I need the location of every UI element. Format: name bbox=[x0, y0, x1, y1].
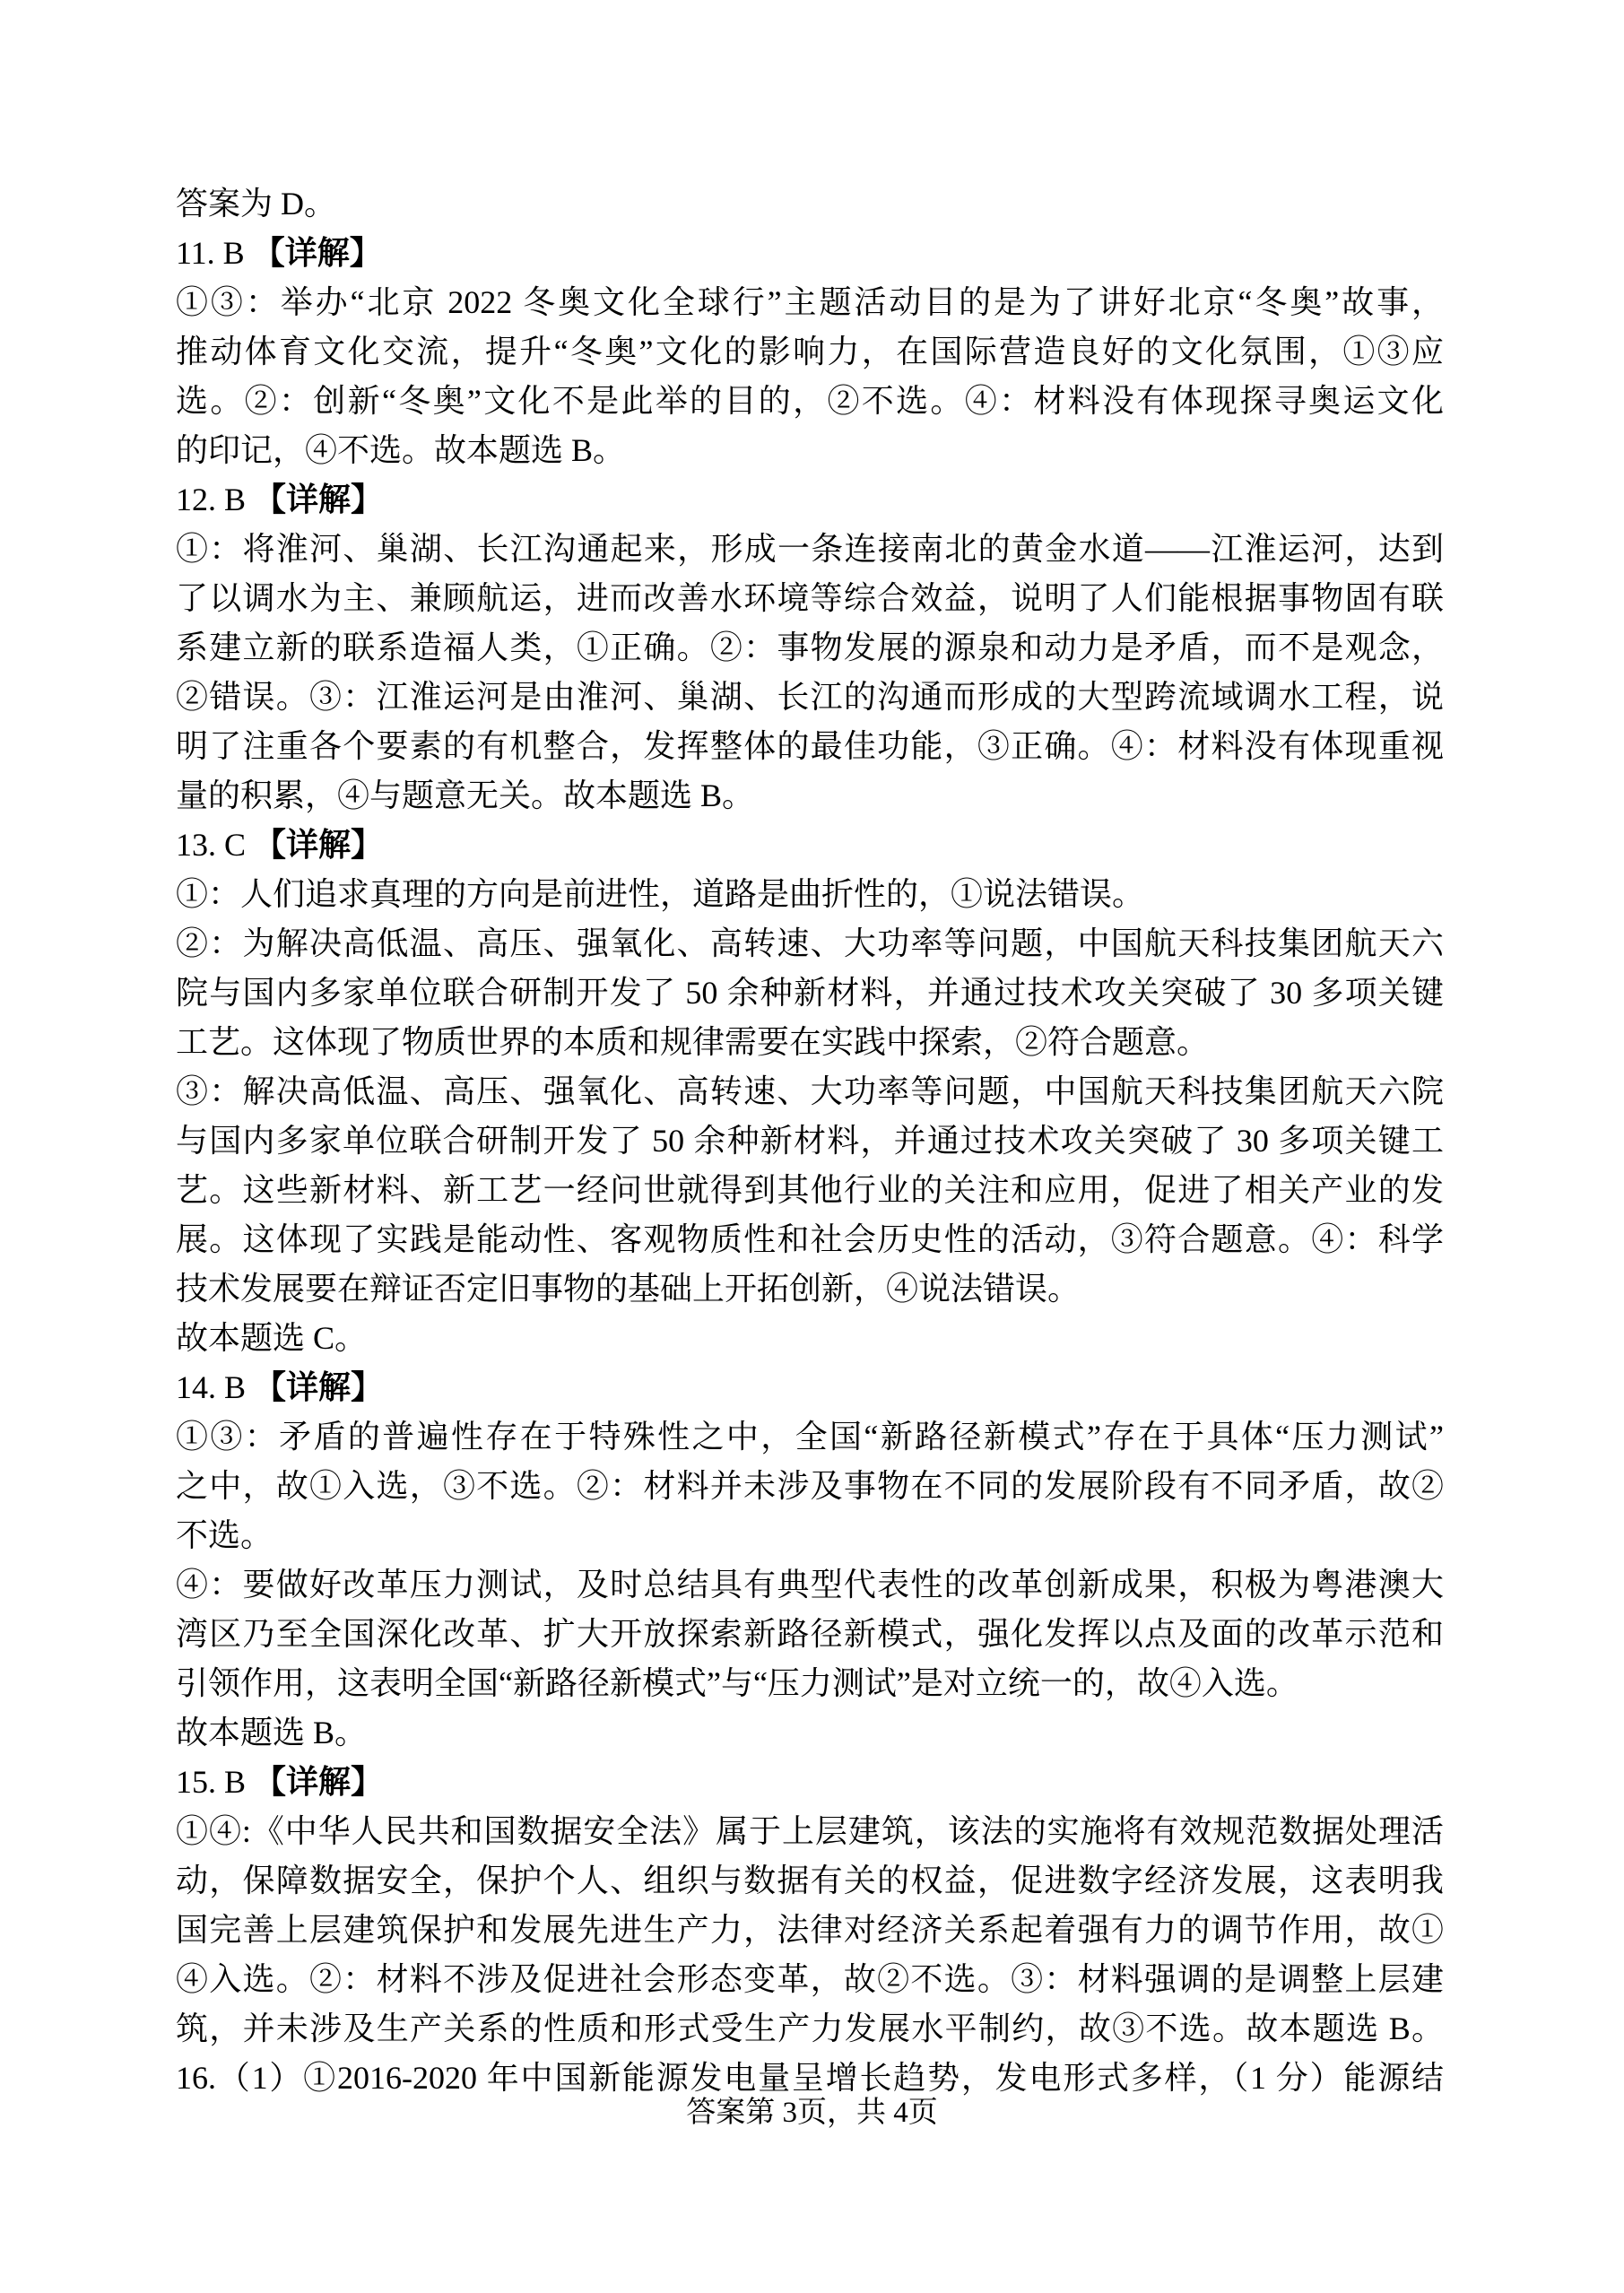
detail-marker: 【详解】 bbox=[254, 482, 383, 517]
text-line: ①③：举办“北京 2022 冬奥文化全球行”主题活动目的是为了讲好北京“冬奥”故… bbox=[176, 278, 1444, 327]
text-line: 艺。这些新材料、新工艺一经问世就得到其他行业的关注和应用，促进了相关产业的发 bbox=[176, 1166, 1444, 1215]
text-line: 湾区乃至全国深化改革、扩大开放探索新路径新模式，强化发挥以点及面的改革示范和 bbox=[176, 1610, 1444, 1659]
text-line: 之中，故①入选，③不选。②：材料并未涉及事物在不同的发展阶段有不同矛盾，故② bbox=[176, 1462, 1444, 1511]
text-line: 故本题选 C。 bbox=[176, 1314, 1444, 1363]
text-line: 答案为 D。 bbox=[176, 179, 1444, 229]
text-line: ①④:《中华人民共和国数据安全法》属于上层建筑，该法的实施将有效规范数据处理活 bbox=[176, 1807, 1444, 1856]
text-line: ②：为解决高低温、高压、强氧化、高转速、大功率等问题，中国航天科技集团航天六 bbox=[176, 919, 1444, 968]
text-line: 量的积累，④与题意无关。故本题选 B。 bbox=[176, 771, 1444, 821]
text-line: 了以调水为主、兼顾航运，进而改善水环境等综合效益，说明了人们能根据事物固有联 bbox=[176, 574, 1444, 623]
text-line: 筑，并未涉及生产关系的性质和形式受生产力发展水平制约，故③不选。故本题选 B。 bbox=[176, 2004, 1444, 2054]
text-line: ①③：矛盾的普遍性存在于特殊性之中，全国“新路径新模式”存在于具体“压力测试” bbox=[176, 1412, 1444, 1462]
text-line: 引领作用，这表明全国“新路径新模式”与“压力测试”是对立统一的，故④入选。 bbox=[176, 1659, 1444, 1708]
detail-marker: 【详解】 bbox=[253, 235, 382, 271]
heading-q14: 14. B 【详解】 bbox=[176, 1363, 1444, 1412]
text-line: 故本题选 B。 bbox=[176, 1708, 1444, 1758]
question-number: 12. B bbox=[176, 482, 254, 517]
detail-marker: 【详解】 bbox=[254, 827, 383, 863]
text-line: ③：解决高低温、高压、强氧化、高转速、大功率等问题，中国航天科技集团航天六院 bbox=[176, 1067, 1444, 1116]
text-line: ①：人们追求真理的方向是前进性，道路是曲折性的，①说法错误。 bbox=[176, 870, 1444, 919]
text-line: 选。②：创新“冬奥”文化不是此举的目的，②不选。④：材料没有体现探寻奥运文化 bbox=[176, 377, 1444, 426]
heading-q15: 15. B 【详解】 bbox=[176, 1758, 1444, 1807]
text-line: 的印记，④不选。故本题选 B。 bbox=[176, 426, 1444, 475]
text-line: 与国内多家单位联合研制开发了 50 余种新材料，并通过技术攻关突破了 30 多项… bbox=[176, 1116, 1444, 1166]
text-line: 推动体育文化交流，提升“冬奥”文化的影响力，在国际营造良好的文化氛围，①③应 bbox=[176, 327, 1444, 377]
detail-marker: 【详解】 bbox=[254, 1369, 383, 1405]
page-footer: 答案第 3页，共 4页 bbox=[0, 2095, 1624, 2131]
text-line: 展。这体现了实践是能动性、客观物质性和社会历史性的活动，③符合题意。④：科学 bbox=[176, 1215, 1444, 1264]
heading-q11: 11. B 【详解】 bbox=[176, 229, 1444, 278]
text-line: 不选。 bbox=[176, 1511, 1444, 1560]
question-number: 11. B bbox=[176, 235, 253, 271]
question-number: 13. C bbox=[176, 827, 254, 863]
text-line: 动，保障数据安全，保护个人、组织与数据有关的权益，促进数字经济发展，这表明我 bbox=[176, 1856, 1444, 1906]
text-line: ②错误。③：江淮运河是由淮河、巢湖、长江的沟通而形成的大型跨流域调水工程，说 bbox=[176, 673, 1444, 722]
detail-marker: 【详解】 bbox=[254, 1764, 383, 1800]
text-line: ④入选。②：材料不涉及促进社会形态变革，故②不选。③：材料强调的是调整上层建 bbox=[176, 1955, 1444, 2004]
text-line: 技术发展要在辩证否定旧事物的基础上开拓创新，④说法错误。 bbox=[176, 1264, 1444, 1314]
text-line: ①：将淮河、巢湖、长江沟通起来，形成一条连接南北的黄金水道——江淮运河，达到 bbox=[176, 525, 1444, 574]
answer-text-block: 答案为 D。 11. B 【详解】 ①③：举办“北京 2022 冬奥文化全球行”… bbox=[176, 179, 1444, 2103]
text-line: 明了注重各个要素的有机整合，发挥整体的最佳功能，③正确。④：材料没有体现重视 bbox=[176, 722, 1444, 771]
text-line: 系建立新的联系造福人类，①正确。②：事物发展的源泉和动力是矛盾，而不是观念， bbox=[176, 623, 1444, 673]
text-line: 工艺。这体现了物质世界的本质和规律需要在实践中探索，②符合题意。 bbox=[176, 1018, 1444, 1067]
question-number: 15. B bbox=[176, 1764, 254, 1800]
heading-q12: 12. B 【详解】 bbox=[176, 475, 1444, 525]
text-line: 国完善上层建筑保护和发展先进生产力，法律对经济关系起着强有力的调节作用，故① bbox=[176, 1906, 1444, 1955]
heading-q13: 13. C 【详解】 bbox=[176, 821, 1444, 870]
question-number: 14. B bbox=[176, 1369, 254, 1405]
text-line: 院与国内多家单位联合研制开发了 50 余种新材料，并通过技术攻关突破了 30 多… bbox=[176, 968, 1444, 1018]
text-line: ④：要做好改革压力测试，及时总结具有典型代表性的改革创新成果，积极为粤港澳大 bbox=[176, 1560, 1444, 1610]
